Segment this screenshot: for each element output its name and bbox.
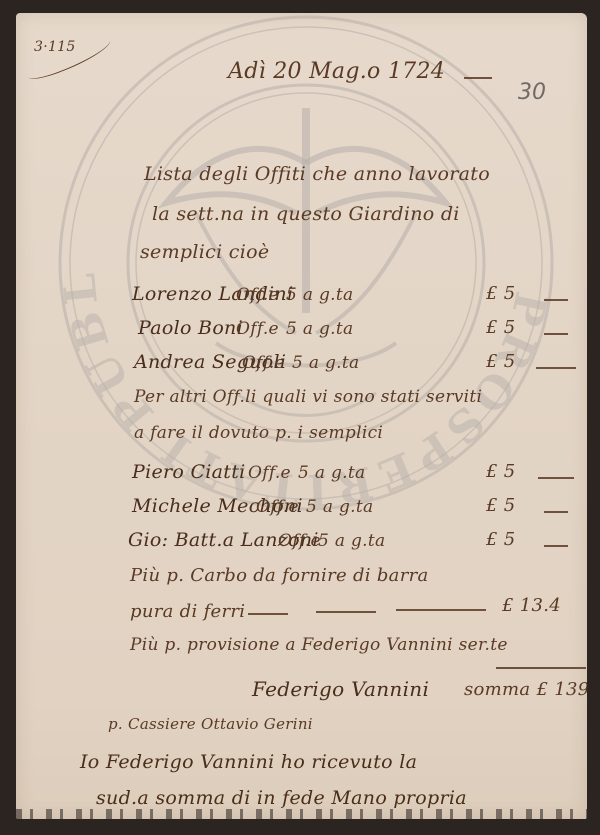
extra-amount: £ 13.4 [502, 595, 561, 616]
worker-amount: £ 5 [486, 283, 516, 304]
date-underline [464, 77, 492, 79]
worker-amount: £ 5 [486, 317, 516, 338]
extra-line-1: Più p. Carbo da fornire di barra [130, 565, 429, 586]
receipt-line-2: Io Federigo Vannini ho ricevuto la [80, 751, 417, 773]
receipt-line-3: sud.a somma di in fede Mano propria [96, 787, 467, 809]
line-dash [536, 367, 576, 369]
receipt-line-1: p. Cassiere Ottavio Gerini [108, 715, 313, 733]
worker-name: Piero Ciatti [132, 461, 246, 483]
line-dash [544, 333, 568, 335]
date-line: Adì 20 Mag.o 1724 [228, 59, 445, 84]
line-dash [248, 613, 288, 615]
worker-rate: 5 a g.ta [292, 353, 359, 373]
heading-line-1: Lista degli Offiti che anno lavorato [144, 163, 490, 185]
worker-amount: £ 5 [486, 529, 516, 550]
worker-rate: 5 a g.ta [298, 463, 365, 483]
line-dash [538, 477, 574, 479]
worker-role: Off.e [236, 319, 279, 339]
total-sum: somma £ 139 - [464, 679, 587, 700]
manuscript-page: PROSPERITATI PUBLICAE AUGUSTAE 3·115 Adì… [16, 13, 587, 819]
payroll-entry: Lorenzo Landini Off.e 5 a g.ta £ 5 [16, 283, 587, 313]
worker-name: Paolo Boni [138, 317, 243, 339]
payroll-entry: Piero Ciatti Off.e 5 a g.ta £ 5 [16, 461, 587, 491]
worker-rate: 5 a g.ta [318, 531, 385, 551]
line-dash [316, 611, 376, 613]
page-number: 30 [518, 80, 546, 105]
line-dash [544, 299, 568, 301]
note-line-2: a fare il dovuto p. i semplici [134, 423, 383, 443]
extra-line-3: Più p. provisione a Federigo Vannini ser… [130, 635, 508, 655]
line-dash [544, 511, 568, 513]
worker-role: Off.e [278, 531, 321, 551]
worker-amount: £ 5 [486, 351, 516, 372]
worker-role: Off.e [248, 463, 291, 483]
worker-rate: 5 a g.ta [286, 285, 353, 305]
worker-role: Off.e [236, 285, 279, 305]
line-dash [544, 545, 568, 547]
payroll-entry: Michele Mechoni Off.e 5 a g.ta £ 5 [16, 495, 587, 525]
worker-rate: 5 a g.ta [306, 497, 373, 517]
worker-role: Off.e [256, 497, 299, 517]
note-line-1: Per altri Off.li quali vi sono stati ser… [134, 387, 482, 407]
payroll-entry: Gio: Batt.a Lanzoni Off.e 5 a g.ta £ 5 [16, 529, 587, 559]
heading-line-3: semplici cioè [140, 241, 269, 263]
payroll-entry: Andrea Seguoli Off.e 5 a g.ta £ 5 [16, 351, 587, 381]
watermark-seal-icon: PROSPERITATI PUBLICAE AUGUSTAE [56, 13, 587, 533]
worker-role: Off.e [242, 353, 285, 373]
line-dash [496, 667, 586, 669]
payroll-entry: Paolo Boni Off.e 5 a g.ta £ 5 [16, 317, 587, 347]
line-dash [396, 609, 486, 611]
worker-rate: 5 a g.ta [286, 319, 353, 339]
extra-line-2: pura di ferri [130, 601, 245, 622]
signature: Federigo Vannini [252, 677, 429, 701]
worker-amount: £ 5 [486, 461, 516, 482]
heading-line-2: la sett.na in questo Giardino di [152, 203, 460, 225]
worker-amount: £ 5 [486, 495, 516, 516]
